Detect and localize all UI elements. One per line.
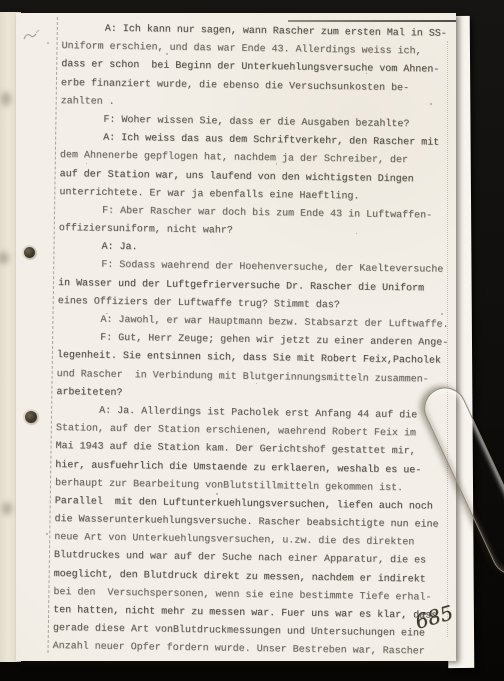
document-page: A: Ich kann nur sagen, wann Rascher zum … <box>16 13 456 661</box>
speck <box>316 627 318 628</box>
shadow-blob <box>1 92 11 106</box>
hole-punch-bottom-icon <box>25 411 37 423</box>
speck <box>441 313 443 315</box>
speck <box>46 533 48 535</box>
speck <box>136 573 137 575</box>
shadow-blob <box>0 252 9 264</box>
speck <box>256 383 257 384</box>
speck <box>166 53 168 55</box>
speck <box>176 649 178 650</box>
right-margin-line <box>447 41 448 637</box>
speck <box>106 313 108 314</box>
speck <box>216 493 218 495</box>
typewritten-text: A: Ich kann nur sagen, wann Rascher zum … <box>52 20 457 662</box>
hole-punch-top-icon <box>24 247 35 258</box>
speck <box>366 73 367 74</box>
speck <box>86 163 87 164</box>
photo-background: A: Ich kann nur sagen, wann Rascher zum … <box>0 0 504 681</box>
speck <box>356 233 357 234</box>
speck <box>430 103 432 105</box>
speck <box>276 163 277 165</box>
text-area: A: Ich kann nur sagen, wann Rascher zum … <box>6 12 456 666</box>
